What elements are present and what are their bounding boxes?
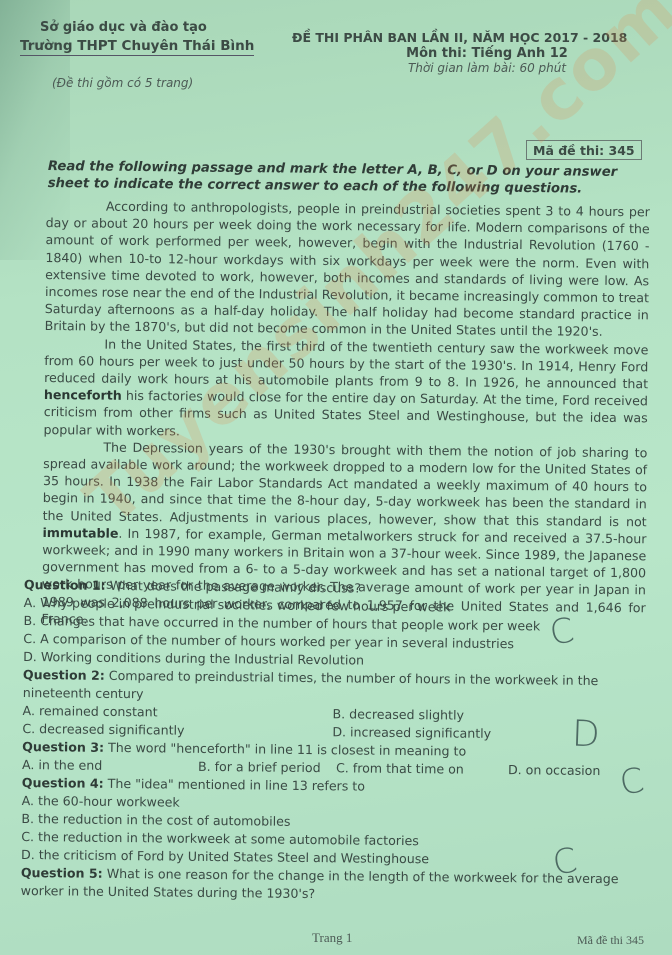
exam-header: ĐỀ THI PHÂN BAN LẦN II, NĂM HỌC 2017 - 2… <box>292 30 622 75</box>
instruction: Read the following passage and mark the … <box>48 158 652 198</box>
footer-exam-code: Mã đề thi 345 <box>577 933 644 948</box>
option-a: A. in the end <box>22 756 198 776</box>
passage-text: In the United States, the first third of… <box>44 336 648 391</box>
exam-subject: Môn thi: Tiếng Anh 12 <box>352 46 622 61</box>
reading-passage: According to anthropologists, people in … <box>41 197 649 633</box>
question-stem: What does the passage mainly discuss? <box>110 578 361 596</box>
pages-note: (Đề thi gồm có 5 trang) <box>52 76 193 90</box>
question-stem: What is one reason for the change in the… <box>21 866 619 901</box>
question-stem: The "idea" mentioned in line 13 refers t… <box>108 776 365 794</box>
department-name: Sở giáo dục và đào tạo <box>40 20 254 35</box>
question-label: Question 4: <box>22 775 104 791</box>
school-header: Sở giáo dục và đào tạo Trường THPT Chuyê… <box>20 20 254 56</box>
page-number: Trang 1 <box>312 930 352 946</box>
question-label: Question 5: <box>21 865 103 881</box>
option-b: B. for a brief period <box>198 758 336 777</box>
option-d: D. on occasion <box>508 761 628 780</box>
question-label: Question 2: <box>23 667 105 683</box>
highlighted-word: henceforth <box>44 387 122 403</box>
passage-paragraph-2: In the United States, the first third of… <box>43 335 648 445</box>
exam-title: ĐỀ THI PHÂN BAN LẦN II, NĂM HỌC 2017 - 2… <box>292 30 622 45</box>
question-label: Question 3: <box>22 739 104 755</box>
question-label: Question 1: <box>24 577 106 593</box>
school-name: Trường THPT Chuyên Thái Bình <box>20 38 254 56</box>
option-c: C. from that time on <box>336 759 508 779</box>
question-stem: The word "henceforth" in line 11 is clos… <box>108 740 466 759</box>
handwritten-answer-q2: D <box>571 714 600 756</box>
passage-text: his factories would close for the entire… <box>43 388 647 438</box>
question-stem: Compared to preindustrial times, the num… <box>23 668 599 701</box>
highlighted-word: immutable <box>42 525 118 541</box>
passage-paragraph-1: According to anthropologists, people in … <box>45 197 650 341</box>
exam-code-box: Mã đề thi: 345 <box>526 140 642 160</box>
passage-text: The Depression years of the 1930's broug… <box>43 439 648 529</box>
exam-duration: Thời gian làm bài: 60 phút <box>352 61 622 75</box>
exam-page: Sở giáo dục và đào tạo Trường THPT Chuyê… <box>0 0 672 955</box>
